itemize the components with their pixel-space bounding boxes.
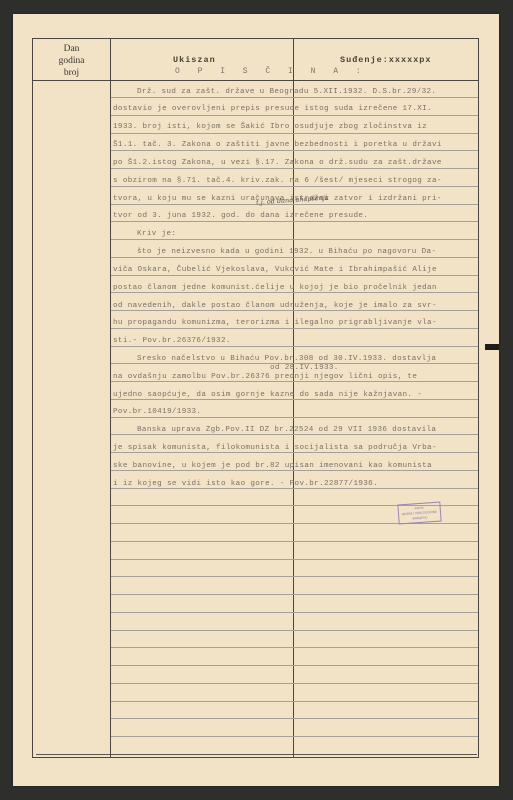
ruled-line	[111, 168, 478, 169]
typed-line: Kriv je:	[137, 229, 507, 239]
section-title: O P I S Č I N A :	[175, 67, 367, 76]
typed-line: je spisak komunista, filokomunista i soc…	[113, 443, 483, 453]
ruled-line	[111, 576, 478, 577]
ruled-line	[111, 150, 478, 151]
typed-line: što je neizvesno kada u godini 1932. u B…	[137, 247, 507, 257]
header-separator	[32, 80, 479, 81]
ruled-line	[111, 594, 478, 595]
typed-line: i iz kojeg se vidi isto kao gore. - Pov.…	[113, 479, 483, 489]
header-struck-label-2: Suđenje:xxxxxpx	[340, 55, 432, 65]
ruled-line	[111, 736, 478, 737]
typed-line: tvor od 3. juna 1932. god. do dana izreč…	[113, 211, 483, 221]
ruled-line	[111, 559, 478, 560]
typed-line: viča Oskara, Čubelić Vjekoslava, Vuković…	[113, 265, 483, 275]
ruled-line	[111, 630, 478, 631]
typed-line: dostavio je overovljeni prepis presude i…	[113, 104, 483, 114]
interlinear-typed-note: od 28.IV.1933.	[270, 363, 513, 373]
typed-line: na ovdašnju zamolbu Pov.br.26376 prednji…	[113, 372, 483, 382]
header-date-line: Dan	[33, 43, 110, 55]
ruled-line	[111, 718, 478, 719]
ruled-line	[111, 523, 478, 524]
archive-stamp: ARHIV BOSNE I HERCEGOVINE SARAJEVO	[397, 502, 441, 525]
typed-line: postao članom jedne komunist.ćelije u ko…	[113, 283, 483, 293]
ruled-line	[111, 683, 478, 684]
header-date-line: godina	[33, 55, 110, 67]
typed-line: hu propagandu komunizma, terorizma i ile…	[113, 318, 483, 328]
typed-line: Drž. sud za zašt. države u Beogradu 5.XI…	[137, 87, 507, 97]
typed-line: s obzirom na §.71. tač.4. kriv.zak. na 6…	[113, 176, 483, 186]
ruled-line	[111, 97, 478, 98]
header-date-column: Dan godina broj	[33, 43, 110, 79]
ruled-line	[111, 221, 478, 222]
typed-line: 1933. broj isti, kojom se Šakić Ibro osu…	[113, 122, 483, 132]
typed-line: Š1.1. tač. 3. Zakona o zaštiti javne bez…	[113, 140, 483, 150]
typed-line: Banska uprava Zgb.Pov.II DZ br.22524 od …	[137, 425, 507, 435]
typed-line: po Š1.2.istog Zakona, u vezi §.17. Zakon…	[113, 158, 483, 168]
typed-line: ujedno saopćuje, da osim gornje kazne do…	[113, 390, 483, 400]
ruled-line	[111, 647, 478, 648]
ruled-line	[111, 133, 478, 134]
ruled-line	[111, 239, 478, 240]
typed-line: od navedenih, dakle postao članom udruže…	[113, 301, 483, 311]
ruled-line	[111, 612, 478, 613]
page-edge-mark	[485, 344, 499, 350]
header-struck-label-1: Ukiszan	[173, 55, 216, 65]
typed-line: ske banovine, u kojem je pod br.82 upisa…	[113, 461, 483, 471]
typed-line: sti.- Pov.br.26376/1932.	[113, 336, 483, 346]
ruled-line	[111, 665, 478, 666]
table-bottom-double-rule	[36, 754, 477, 755]
typed-line: Pov.br.10419/1933.	[113, 407, 483, 417]
ruled-line	[111, 115, 478, 116]
ruled-line	[111, 541, 478, 542]
header-date-line: broj	[33, 67, 110, 79]
ruled-line	[111, 701, 478, 702]
